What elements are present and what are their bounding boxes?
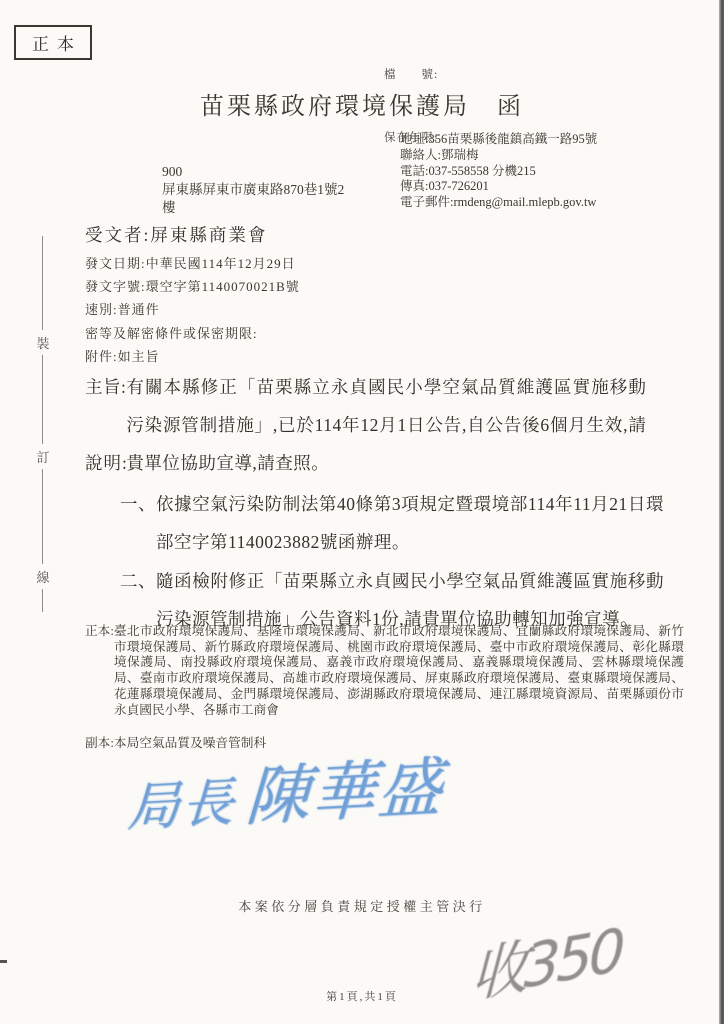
recipient-mailing-address: 900 屏東縣屏東市廣東路870巷1號2 樓 [162,163,352,217]
copy-type-label: 正本 [24,30,82,55]
subject-paragraph: 主旨: 有關本縣修正「苗栗縣立永貞國民小學空氣品質維護區實施移動污染源管制措施」… [85,368,671,482]
attachment-line: 附件:如主旨 [85,345,300,368]
item1-text: 依據空氣污染防制法第40條第3項規定暨環境部114年11月21日環部空字第114… [156,485,664,561]
sender-email: 電子郵件:rmdeng@mail.mlepb.gov.tw [400,195,597,211]
item1-number: 一、 [120,485,156,561]
description-label: 說明: [85,450,128,475]
sender-contact-block: 地址:356苗栗縣後龍鎮高鐵一路95號 聯絡人:鄧瑞梅 電話:037-55855… [400,132,597,211]
sender-phone: 電話:037-558558 分機215 [400,164,597,180]
recipient-address-line2: 樓 [162,199,352,217]
sender-address: 地址:356苗栗縣後龍鎮高鐵一路95號 [400,132,597,148]
sender-contact-person: 聯絡人:鄧瑞梅 [400,148,597,164]
file-number-label: 檔 號: [384,65,438,86]
original-distribution-label: 正本: [85,624,114,718]
scan-dash-artifact [0,960,7,963]
copy-type-box: 正本 [14,25,92,60]
binding-char-zhuang: 裝 [33,330,53,355]
recipient-line: 受文者:屏東縣商業會 [85,222,267,247]
stamp-name-text: 陳華盛 [244,752,445,834]
original-distribution-text: 臺北市政府環境保護局、基隆市環境保護局、新北市政府環境保護局、宜蘭縣政府環境保護… [114,624,684,718]
document-title: 苗栗縣政府環境保護局 函 [0,86,724,121]
binding-margin-line [42,236,43,612]
document-meta-block: 發文日期:中華民國114年12月29日 發文字號:環空字第1140070021B… [85,252,300,368]
document-page: 正本 檔 號: 保存年限: 苗栗縣政府環境保護局 函 地址:356苗栗縣後龍鎮高… [0,0,724,1024]
subject-text: 有關本縣修正「苗栗縣立永貞國民小學空氣品質維護區實施移動污染源管制措施」,已於1… [126,368,646,482]
recipient-postal-code: 900 [162,163,352,181]
binding-char-xian: 線 [33,564,53,589]
copy-distribution-label: 副本: [85,736,114,752]
original-distribution: 正本: 臺北市政府環境保護局、基隆市環境保護局、新北市政府環境保護局、宜蘭縣政府… [85,624,691,718]
director-signature-stamp: 局長陳華盛 [126,732,520,845]
issue-date-line: 發文日期:中華民國114年12月29日 [85,252,300,275]
priority-line: 速別:普通件 [85,298,300,321]
binding-char-ding: 訂 [33,444,53,469]
scan-edge-artifact [719,0,724,1024]
description-item-1: 一、 依據空氣污染防制法第40條第3項規定暨環境部114年11月21日環部空字第… [120,485,676,561]
page-number-info: 第1頁,共1頁 [0,988,724,1004]
doc-number-line: 發文字號:環空字第1140070021B號 [85,275,300,298]
stamp-rank-text: 局長 [126,774,237,837]
recipient-address-line1: 屏東縣屏東市廣東路870巷1號2 [162,181,352,199]
sender-fax: 傳真:037-726201 [400,179,597,195]
security-line: 密等及解密條件或保密期限: [85,322,300,345]
